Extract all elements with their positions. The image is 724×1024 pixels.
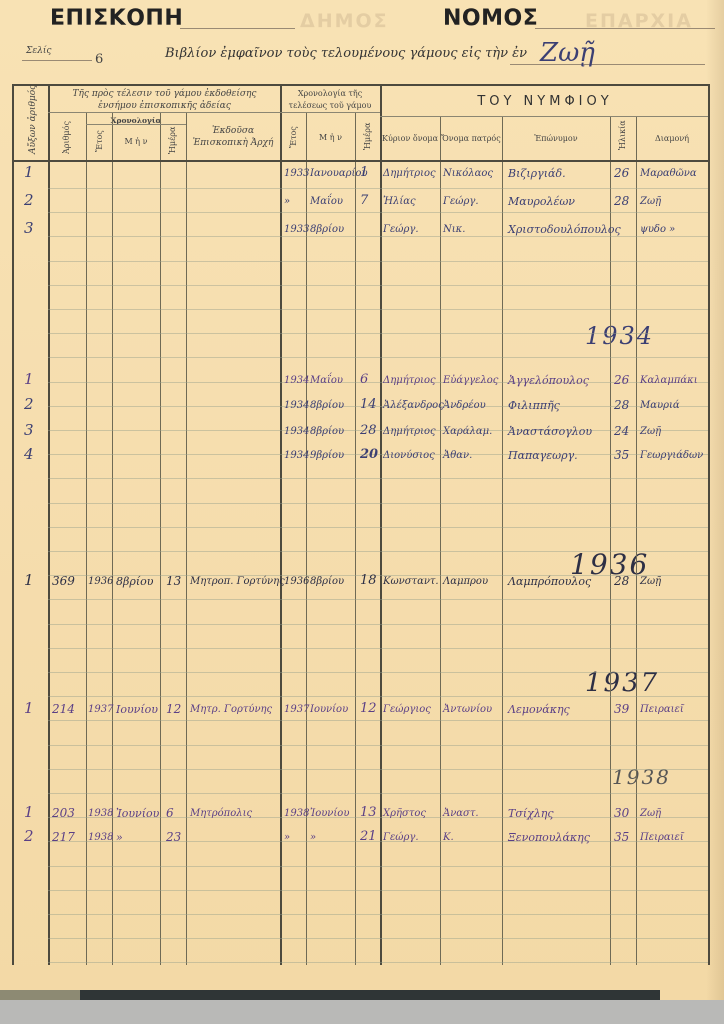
col-father-name: Ὄνομα πατρός bbox=[440, 134, 502, 143]
col-residence: Διαμονή bbox=[636, 134, 708, 143]
ruled-line bbox=[48, 285, 708, 286]
groom-first-name: Δημήτριος bbox=[383, 375, 436, 386]
ruled-line bbox=[48, 938, 708, 939]
wedding-year: 1937 bbox=[284, 704, 309, 715]
column-divider bbox=[380, 84, 382, 965]
ruled-line bbox=[48, 357, 708, 358]
wedding-year: 1938 bbox=[284, 808, 309, 819]
groom-surname: Ξενοπουλάκης bbox=[508, 831, 590, 844]
column-divider bbox=[160, 112, 161, 965]
ruled-line bbox=[48, 382, 708, 383]
groom-surname: Τσίχλης bbox=[508, 807, 554, 820]
book-title: Βιβλίον ἐμφαῖνον τοὺς τελουμένους γάμους… bbox=[165, 46, 527, 61]
wedding-year: 1934 bbox=[284, 400, 309, 411]
ruled-line bbox=[48, 599, 708, 600]
table-top-border bbox=[12, 84, 709, 86]
groom-first-name: Γεώργ. bbox=[383, 832, 419, 843]
column-divider bbox=[355, 112, 356, 965]
groom-age: 24 bbox=[614, 424, 629, 438]
ruled-line bbox=[48, 309, 708, 310]
serial-number: 3 bbox=[24, 219, 34, 237]
wedding-year: 1934 bbox=[284, 450, 309, 461]
groom-father-name: Ἀναστ. bbox=[443, 808, 479, 819]
groom-father-name: Ἀντωνίου bbox=[443, 704, 492, 715]
wedding-month: Ιανουαρίου bbox=[310, 168, 368, 179]
groom-age: 39 bbox=[614, 702, 629, 716]
year-marker-1934: 1934 bbox=[585, 322, 654, 350]
ruled-line bbox=[48, 212, 708, 213]
groom-age: 35 bbox=[614, 448, 629, 462]
wedding-month: 9βρίου bbox=[310, 450, 344, 461]
groom-residence: Μαυριά bbox=[640, 400, 680, 411]
groom-age: 28 bbox=[614, 194, 629, 208]
groom-father-name: Εὐάγγελος bbox=[443, 375, 498, 386]
col-groom-group: ΤΟΥ ΝΥΜΦΙΟΥ bbox=[382, 94, 708, 109]
groom-residence: Καλαμπάκι bbox=[640, 375, 698, 386]
page-label: Σελίς bbox=[26, 46, 51, 56]
book-edge bbox=[0, 990, 80, 1000]
column-divider bbox=[86, 112, 87, 965]
license-day: 12 bbox=[166, 702, 181, 716]
wedding-year: 1934 bbox=[284, 375, 309, 386]
wedding-year: » bbox=[284, 832, 290, 843]
wedding-month: 8βρίου bbox=[310, 224, 344, 235]
page-line bbox=[22, 60, 92, 61]
license-subheader-line bbox=[48, 112, 280, 113]
column-divider bbox=[502, 116, 503, 965]
license-day: 6 bbox=[166, 806, 174, 820]
ruled-line bbox=[48, 914, 708, 915]
serial-number: 3 bbox=[24, 421, 34, 439]
groom-first-name: Ἠλίας bbox=[383, 196, 416, 207]
groom-first-name: Διονύσιος bbox=[383, 450, 435, 461]
groom-subheader-line bbox=[380, 116, 708, 117]
license-year: 1938 bbox=[88, 808, 113, 819]
ruled-line bbox=[48, 333, 708, 334]
groom-father-name: Λαμπρου bbox=[443, 576, 488, 587]
ruled-line bbox=[48, 624, 708, 625]
municipality-label-faded: ΔΗΜΟΣ bbox=[300, 10, 389, 32]
book-binding bbox=[80, 990, 660, 1000]
ruled-line bbox=[48, 503, 708, 504]
license-month: Ιουνίου bbox=[116, 703, 158, 716]
serial-number: 1 bbox=[24, 803, 34, 821]
ruled-line bbox=[48, 720, 708, 721]
wedding-day: 7 bbox=[360, 193, 368, 208]
groom-father-name: Γεώργ. bbox=[443, 196, 479, 207]
groom-age: 28 bbox=[614, 574, 629, 588]
license-day: 23 bbox=[166, 830, 181, 844]
ruled-line bbox=[48, 648, 708, 649]
column-divider bbox=[708, 84, 710, 965]
groom-surname: Χριστοδουλόπουλος bbox=[508, 223, 621, 236]
groom-surname: Λαμπρόπουλος bbox=[508, 575, 591, 588]
groom-age: 26 bbox=[614, 373, 629, 387]
page-number: 6 bbox=[95, 52, 103, 67]
serial-number: 1 bbox=[24, 571, 34, 589]
groom-father-name: Ἀθαν. bbox=[443, 450, 472, 461]
ruled-line bbox=[48, 430, 708, 431]
column-divider bbox=[186, 112, 187, 965]
serial-number: 2 bbox=[24, 395, 34, 413]
groom-residence: ψυδο » bbox=[640, 224, 675, 235]
col-age: Ἡλικία bbox=[618, 120, 627, 150]
groom-father-name: Χαράλαμ. bbox=[443, 426, 492, 437]
col-wedding-day: Ἡμέρα bbox=[363, 120, 372, 150]
license-year: 1937 bbox=[88, 704, 113, 715]
ruled-line bbox=[48, 261, 708, 262]
ruled-line bbox=[48, 478, 708, 479]
wedding-year: » bbox=[284, 196, 290, 207]
groom-first-name: Δημήτριος bbox=[383, 168, 436, 179]
issuing-authority: Μητροπ. Γορτύνης bbox=[190, 576, 285, 587]
wedding-year: 1933 bbox=[284, 224, 309, 235]
wedding-year: 1933 bbox=[284, 168, 309, 179]
license-month: » bbox=[116, 831, 123, 844]
ruled-line bbox=[48, 236, 708, 237]
groom-age: 35 bbox=[614, 830, 629, 844]
serial-number: 1 bbox=[24, 370, 34, 388]
license-year: 1936 bbox=[88, 576, 113, 587]
serial-number: 4 bbox=[24, 445, 34, 463]
column-divider bbox=[12, 84, 14, 965]
license-number: 217 bbox=[52, 830, 75, 844]
province-label-faded: ΕΠΑΡΧΙΑ bbox=[585, 10, 693, 32]
issuing-authority: Μητρ. Γορτύνης bbox=[190, 704, 272, 715]
wedding-day: 13 bbox=[360, 805, 377, 820]
wedding-day: 1 bbox=[360, 165, 368, 180]
license-number: 214 bbox=[52, 702, 75, 716]
ruled-line bbox=[48, 527, 708, 528]
col-first-name: Κύριον ὄνομα bbox=[380, 134, 440, 143]
groom-first-name: Γεώργ. bbox=[383, 224, 419, 235]
serial-number: 2 bbox=[24, 191, 34, 209]
license-month: 8βρίου bbox=[116, 575, 153, 588]
ruled-line bbox=[48, 406, 708, 407]
groom-surname: Μαυρολέων bbox=[508, 195, 575, 208]
ruled-line bbox=[48, 745, 708, 746]
groom-surname: Ἀναστάσογλου bbox=[508, 425, 592, 438]
col-license-number: Ἀριθμός bbox=[62, 118, 71, 154]
wedding-month: » bbox=[310, 832, 316, 843]
wedding-month: 8βρίου bbox=[310, 576, 344, 587]
column-divider bbox=[610, 116, 611, 965]
col-wedding-year: Ἔτος bbox=[289, 120, 298, 148]
wedding-year: 1936 bbox=[284, 576, 309, 587]
wedding-month: 8βρίου bbox=[310, 400, 344, 411]
groom-father-name: Ἀνδρέου bbox=[443, 400, 486, 411]
groom-surname: Βιζιργιάδ. bbox=[508, 167, 566, 180]
col-issuing-authority: Ἐκδοῦσα Ἐπισκοπικὴ Ἀρχή bbox=[186, 125, 280, 149]
groom-surname: Φιλιππῆς bbox=[508, 399, 560, 412]
col-license-month: Μ ἡ ν bbox=[112, 137, 160, 146]
license-day: 13 bbox=[166, 574, 181, 588]
groom-residence: Μαραθῶνα bbox=[640, 168, 697, 179]
groom-residence: Γεωργιάδων bbox=[640, 450, 703, 461]
groom-residence: Ζωῇ bbox=[640, 426, 661, 437]
groom-age: 28 bbox=[614, 398, 629, 412]
wedding-day: 18 bbox=[360, 573, 377, 588]
license-number: 203 bbox=[52, 806, 75, 820]
groom-residence: Πειραιεῖ bbox=[640, 832, 684, 843]
col-license-year: Ἔτος bbox=[95, 128, 104, 152]
wedding-month: Ἰουνίου bbox=[310, 808, 349, 819]
wedding-day: 28 bbox=[360, 423, 377, 438]
wedding-month: Μαΐου bbox=[310, 375, 343, 386]
groom-surname: Ἀγγελόπουλος bbox=[508, 374, 589, 387]
col-wedding-month: Μ ἡ ν bbox=[306, 133, 355, 142]
license-year: 1938 bbox=[88, 832, 113, 843]
groom-first-name: Δημήτριος bbox=[383, 426, 436, 437]
ruled-line bbox=[48, 890, 708, 891]
prefecture-label: ΝΟΜΟΣ bbox=[443, 6, 538, 31]
groom-first-name: Γεώργιος bbox=[383, 704, 431, 715]
issuing-authority: Μητρόπολις bbox=[190, 808, 252, 819]
groom-residence: Ζωῇ bbox=[640, 808, 661, 819]
groom-age: 26 bbox=[614, 166, 629, 180]
wedding-day: 6 bbox=[360, 372, 368, 387]
wedding-subheader-line bbox=[280, 112, 380, 113]
groom-first-name: Χρῆστος bbox=[383, 808, 426, 819]
column-divider bbox=[280, 84, 282, 965]
diocese-line bbox=[180, 28, 295, 29]
place-handwritten: Ζωῇ bbox=[540, 38, 595, 68]
ruled-line bbox=[48, 188, 708, 189]
column-divider bbox=[636, 116, 637, 965]
col-surname: Ἐπώνυμον bbox=[502, 134, 610, 143]
wedding-month: Μαΐου bbox=[310, 196, 343, 207]
header-bottom-border bbox=[12, 160, 709, 162]
groom-surname: Παπαγεωργ. bbox=[508, 449, 578, 462]
serial-number: 1 bbox=[24, 699, 34, 717]
col-license-group: Τῆς πρὸς τέλεσιν τοῦ γάμου ἐκδοθείσης ἐν… bbox=[52, 88, 277, 112]
col-wedding-chronology: Χρονολογία τῆς τελέσεως τοῦ γάμου bbox=[282, 88, 378, 112]
wedding-year: 1934 bbox=[284, 426, 309, 437]
wedding-month: 8βρίου bbox=[310, 426, 344, 437]
license-number: 369 bbox=[52, 574, 75, 588]
wedding-day: 21 bbox=[360, 829, 377, 844]
ruled-line bbox=[48, 793, 708, 794]
groom-surname: Λεμονάκης bbox=[508, 703, 570, 716]
ruled-line bbox=[48, 551, 708, 552]
wedding-month: Ιουνίου bbox=[310, 704, 348, 715]
groom-residence: Ζωῇ bbox=[640, 576, 661, 587]
ruled-line bbox=[48, 841, 708, 842]
groom-residence: Πειραιεῖ bbox=[640, 704, 684, 715]
ruled-line bbox=[48, 866, 708, 867]
groom-father-name: Νικόλαος bbox=[443, 168, 493, 179]
wedding-day: 12 bbox=[360, 701, 377, 716]
column-divider bbox=[306, 112, 307, 965]
groom-age: 30 bbox=[614, 806, 629, 820]
groom-residence: Ζωῇ bbox=[640, 196, 661, 207]
wedding-day: 14 bbox=[360, 397, 377, 412]
license-month: Ἰουνίου bbox=[116, 807, 159, 820]
column-divider bbox=[440, 116, 441, 965]
groom-father-name: Νικ. bbox=[443, 224, 465, 235]
col-serial: Αὔξων ἀριθμός bbox=[28, 92, 38, 154]
groom-father-name: Κ. bbox=[443, 832, 454, 843]
column-divider bbox=[48, 84, 50, 965]
groom-first-name: Κωνσταντ. bbox=[383, 576, 439, 587]
chronology-subheader-line bbox=[86, 124, 186, 125]
ruled-line bbox=[48, 696, 708, 697]
ruled-line bbox=[48, 962, 708, 963]
serial-number: 1 bbox=[24, 163, 34, 181]
ruled-line bbox=[48, 769, 708, 770]
register-page: ΕΠΙΣΚΟΠΗ ΔΗΜΟΣ ΝΟΜΟΣ ΕΠΑΡΧΙΑ Σελίς 6 Βιβ… bbox=[0, 0, 724, 1000]
wedding-day: 20 bbox=[360, 447, 378, 462]
groom-first-name: Ἀλέξανδρος bbox=[383, 400, 444, 411]
col-license-day: Ἡμέρα bbox=[168, 128, 177, 154]
ruled-line bbox=[48, 672, 708, 673]
serial-number: 2 bbox=[24, 827, 34, 845]
diocese-label: ΕΠΙΣΚΟΠΗ bbox=[50, 6, 183, 31]
